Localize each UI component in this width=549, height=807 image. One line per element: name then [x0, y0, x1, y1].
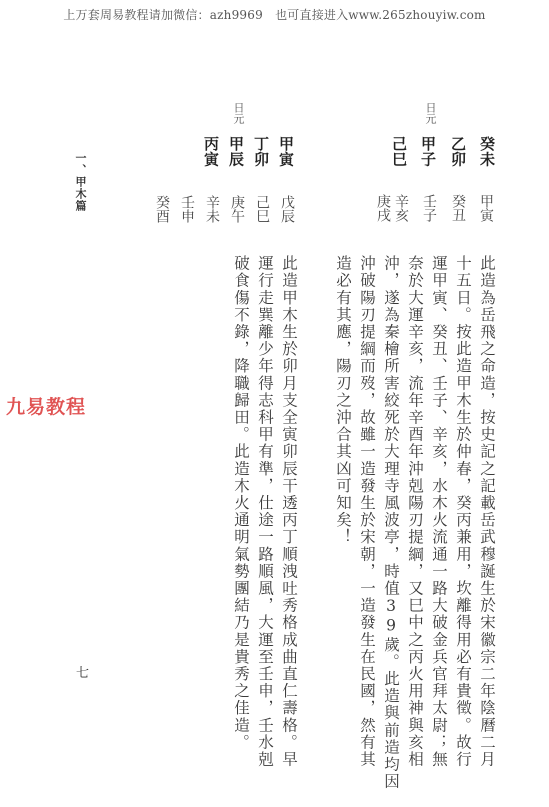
- text-column: 此造為岳飛之命造，按史記之記載岳武穆誕生於宋徽宗二年陰曆二月: [478, 255, 496, 768]
- watermark-logo: 九易教程: [6, 392, 86, 419]
- luck-pillar: 庚戌: [375, 194, 391, 222]
- pillar-month: 丁卯: [253, 136, 269, 167]
- luck-pillar: 辛亥: [393, 194, 409, 222]
- pillar-hour: 己巳: [391, 136, 407, 167]
- text-column: 運甲寅、癸丑、壬子、辛亥，水木火流通一路大破金兵官拜太尉；無: [430, 255, 448, 768]
- text-column: 沖破陽刃提綱而歿，故雖一造發生於宋朝，一造發生在民國，然有其: [358, 255, 376, 768]
- chapter-title: 一、甲木篇: [74, 152, 86, 212]
- text-column: 破食傷不錄，降職歸田。此造木火通明氣勢團結乃是貴秀之佳造。: [232, 255, 250, 751]
- text-column: 沖，遂為秦檜所害絞死於大理寺風波亭，時值39歲。此造與前造均因: [382, 255, 400, 790]
- day-master-label: 日元: [232, 102, 244, 124]
- pillar-day: 甲子: [420, 136, 436, 167]
- text-column: 奈於大運辛亥，流年辛酉年沖剋陽刃提綱，又巳中之丙火用神與亥相: [406, 255, 424, 768]
- luck-pillar: 癸酉: [154, 195, 170, 223]
- pillar-day: 甲辰: [228, 136, 244, 167]
- luck-pillar: 甲寅: [478, 194, 494, 222]
- pillar-hour: 丙寅: [203, 136, 219, 167]
- luck-pillar: 己巳: [254, 195, 270, 223]
- text-column: 此造甲木生於卯月支全寅卯辰干透丙丁順洩吐秀格成曲直仁壽格。早: [280, 255, 298, 768]
- pillar-month: 乙卯: [450, 136, 466, 167]
- luck-pillar: 壬子: [421, 194, 437, 222]
- luck-pillar: 辛未: [204, 195, 220, 223]
- luck-pillar: 壬申: [179, 195, 195, 223]
- text-column: 運行走巽離少年得志科甲有準，仕途一路順風，大運至壬申，壬水剋: [256, 255, 274, 768]
- header-banner: 上万套周易教程请加微信：azh9969 也可直接进入www.265zhouyiw…: [0, 6, 549, 23]
- luck-pillar: 庚午: [229, 195, 245, 223]
- pillar-year: 甲寅: [278, 136, 294, 167]
- page-number: 七: [76, 662, 89, 681]
- text-column: 造必有其應，陽刃之沖合其凶可知矣！: [334, 255, 352, 546]
- luck-pillar: 戊辰: [279, 195, 295, 223]
- pillar-year: 癸未: [479, 136, 495, 167]
- luck-pillar: 癸丑: [450, 194, 466, 222]
- text-column: 十五日。按此造甲木生於仲春，癸丙兼用，坎離得用必有貴徵。故行: [454, 255, 472, 768]
- day-master-label: 日元: [424, 102, 436, 124]
